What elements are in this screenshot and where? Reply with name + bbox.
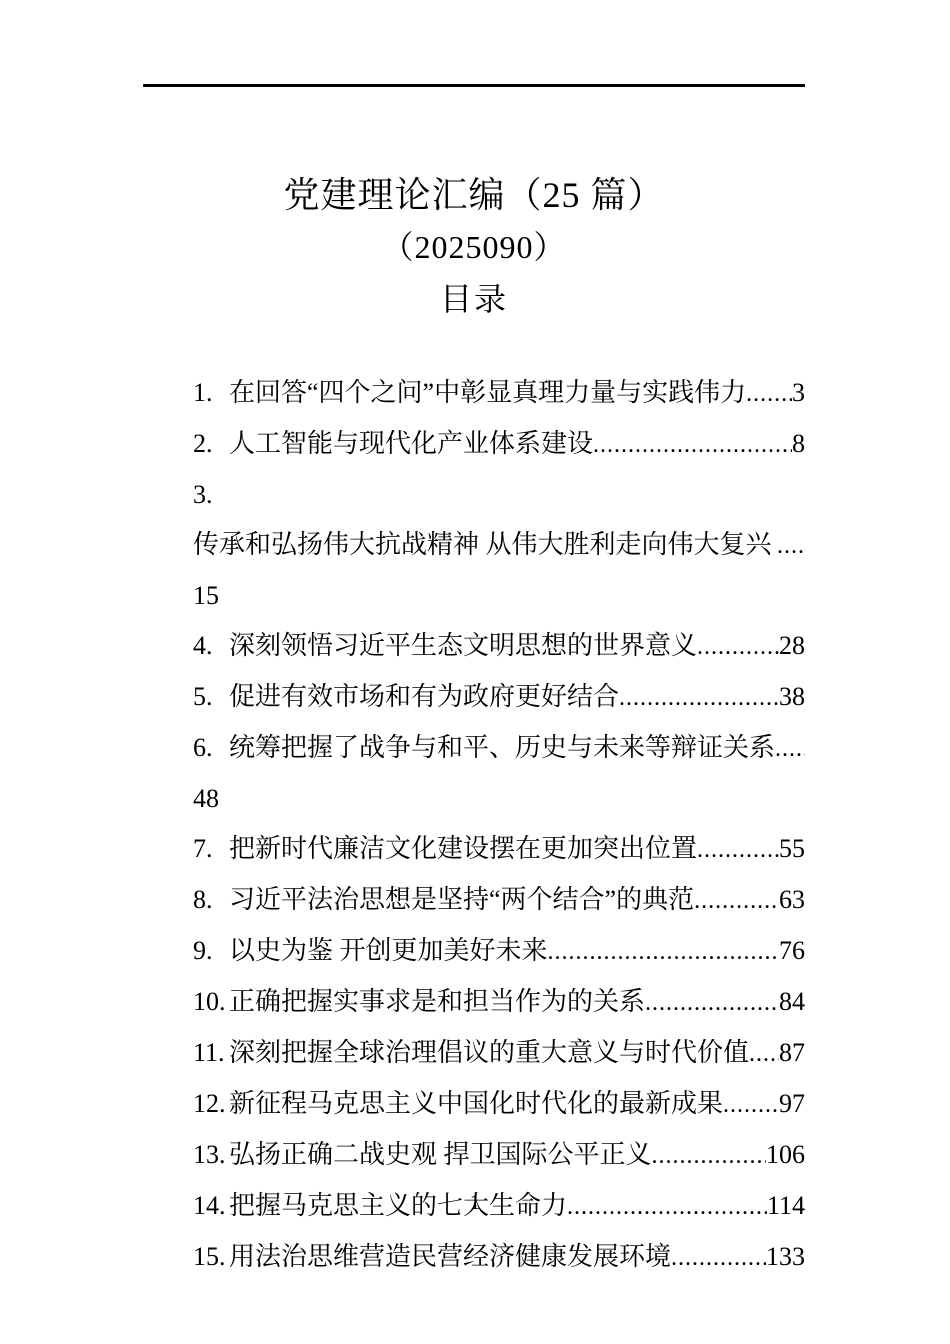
- document-subtitle-number: （2025090）: [143, 221, 805, 273]
- toc-entry-page-number: 133: [766, 1232, 805, 1282]
- toc-entry-dot-leader: ........................................…: [671, 1233, 766, 1283]
- toc-entry-page-number: 76: [779, 926, 805, 976]
- toc-entry-title: 深刻领悟习近平生态文明思想的世界意义: [229, 621, 697, 671]
- toc-entry-dot-leader: ........................................…: [746, 369, 792, 419]
- toc-entry-title: 人工智能与现代化产业体系建设: [229, 419, 593, 469]
- toc-entry-page-number: 28: [779, 621, 805, 671]
- toc-entry-title: 正确把握实事求是和担当作为的关系: [229, 977, 645, 1027]
- header-rule: [143, 84, 805, 87]
- toc-entry-title: 深刻把握全球治理倡议的重大意义与时代价值: [229, 1028, 749, 1078]
- toc-entry-dot-leader: ........................................…: [593, 420, 792, 470]
- toc-entry-number: 11.: [193, 1028, 229, 1078]
- toc-entry-dot-leader: ........................................…: [548, 927, 779, 977]
- toc-entry-dot-leader: ........................................…: [749, 1029, 779, 1079]
- toc-entry-title: 传承和弘扬伟大抗战精神 从伟大胜利走向伟大复兴: [193, 520, 777, 570]
- toc-entry[interactable]: 7. 把新时代廉洁文化建设摆在更加突出位置 ..................…: [193, 824, 805, 875]
- toc-entry[interactable]: 15. 用法治思维营造民营经济健康发展环境 ..................…: [193, 1232, 805, 1283]
- toc-entry-dot-leader: ........................................…: [777, 521, 805, 571]
- toc-entry-page-number: 3: [792, 368, 805, 418]
- toc-entry-title: 以史为鉴 开创更加美好未来: [229, 926, 548, 976]
- toc-entry-dot-leader: ........................................…: [694, 876, 779, 926]
- toc-entry-number: 6.: [193, 723, 229, 773]
- document-title: 党建理论汇编（25 篇）: [143, 169, 805, 221]
- toc-entry-number: 13.: [193, 1130, 229, 1180]
- toc-entry[interactable]: 8. 习近平法治思想是坚持“两个结合”的典范 .................…: [193, 875, 805, 926]
- toc-entry[interactable]: 11. 深刻把握全球治理倡议的重大意义与时代价值 ...............…: [193, 1028, 805, 1079]
- toc-entry-page-number: 15: [193, 571, 219, 621]
- toc-entry-page-number: 8: [792, 419, 805, 469]
- toc-entry-page-number: 106: [766, 1130, 805, 1180]
- toc-entry[interactable]: 6. 统筹把握了战争与和平、历史与未来等辩证关系 ...............…: [193, 723, 805, 824]
- toc-entry-number: 1.: [193, 368, 229, 418]
- toc-entry-dot-leader: ........................................…: [652, 1131, 766, 1181]
- toc-entry-page-number: 84: [779, 977, 805, 1027]
- toc-entry-page-number: 87: [779, 1028, 805, 1078]
- toc-entry-title: 统筹把握了战争与和平、历史与未来等辩证关系: [229, 723, 775, 773]
- toc-entry-number: 9.: [193, 926, 229, 976]
- page-number: 1: [0, 1182, 950, 1222]
- toc-entry[interactable]: 12. 新征程马克思主义中国化时代化的最新成果 ................…: [193, 1079, 805, 1130]
- toc-entry-number: 10.: [193, 977, 229, 1027]
- toc-entry-title: 把新时代廉洁文化建设摆在更加突出位置: [229, 824, 697, 874]
- toc-entry-dot-leader: ........................................…: [697, 825, 779, 875]
- document-page: 党建理论汇编（25 篇） （2025090） 目录 1. 在回答“四个之问”中彰…: [0, 0, 950, 1344]
- toc-entry-page-number: 48: [193, 774, 219, 824]
- toc-entry[interactable]: 4. 深刻领悟习近平生态文明思想的世界意义 ..................…: [193, 621, 805, 672]
- toc-entry-title: 新征程马克思主义中国化时代化的最新成果: [229, 1079, 723, 1129]
- toc-entry-page-number: 55: [779, 824, 805, 874]
- toc-entry-number: 4.: [193, 621, 229, 671]
- title-block: 党建理论汇编（25 篇） （2025090） 目录: [143, 169, 805, 325]
- toc-entry-number: 8.: [193, 875, 229, 925]
- toc-entry[interactable]: 1. 在回答“四个之问”中彰显真理力量与实践伟力 ...............…: [193, 368, 805, 419]
- toc-entry[interactable]: 10. 正确把握实事求是和担当作为的关系 ...................…: [193, 977, 805, 1028]
- toc-entry-number: 3.: [193, 470, 229, 520]
- toc-entry-title: 在回答“四个之问”中彰显真理力量与实践伟力: [229, 368, 746, 418]
- toc-entry-title: 促进有效市场和有为政府更好结合: [229, 672, 619, 722]
- toc-entry-page-number: 63: [779, 875, 805, 925]
- toc-entry-page-number: 38: [779, 672, 805, 722]
- toc-entry[interactable]: 3. 传承和弘扬伟大抗战精神 从伟大胜利走向伟大复兴 .............…: [193, 470, 805, 621]
- toc-entry-title: 用法治思维营造民营经济健康发展环境: [229, 1232, 671, 1282]
- toc-entry-title: 弘扬正确二战史观 捍卫国际公平正义: [229, 1130, 652, 1180]
- toc-entry-dot-leader: ........................................…: [775, 724, 805, 774]
- toc-entry-page-number: 97: [779, 1079, 805, 1129]
- toc-entry-dot-leader: ........................................…: [619, 673, 779, 723]
- toc-list: 1. 在回答“四个之问”中彰显真理力量与实践伟力 ...............…: [193, 368, 805, 1283]
- toc-entry-dot-leader: ........................................…: [723, 1080, 779, 1130]
- toc-entry[interactable]: 5. 促进有效市场和有为政府更好结合 .....................…: [193, 672, 805, 723]
- toc-entry-title: 习近平法治思想是坚持“两个结合”的典范: [229, 875, 694, 925]
- toc-heading: 目录: [143, 273, 805, 325]
- toc-entry[interactable]: 2. 人工智能与现代化产业体系建设 ......................…: [193, 419, 805, 470]
- toc-entry-dot-leader: ........................................…: [697, 622, 779, 672]
- toc-entry-dot-leader: ........................................…: [645, 978, 779, 1028]
- toc-entry-number: 12.: [193, 1079, 229, 1129]
- toc-entry[interactable]: 13. 弘扬正确二战史观 捍卫国际公平正义 ..................…: [193, 1130, 805, 1181]
- toc-entry[interactable]: 9. 以史为鉴 开创更加美好未来 .......................…: [193, 926, 805, 977]
- toc-entry-number: 7.: [193, 824, 229, 874]
- toc-entry-number: 15.: [193, 1232, 229, 1282]
- toc-entry-number: 5.: [193, 672, 229, 722]
- toc-entry-number: 2.: [193, 419, 229, 469]
